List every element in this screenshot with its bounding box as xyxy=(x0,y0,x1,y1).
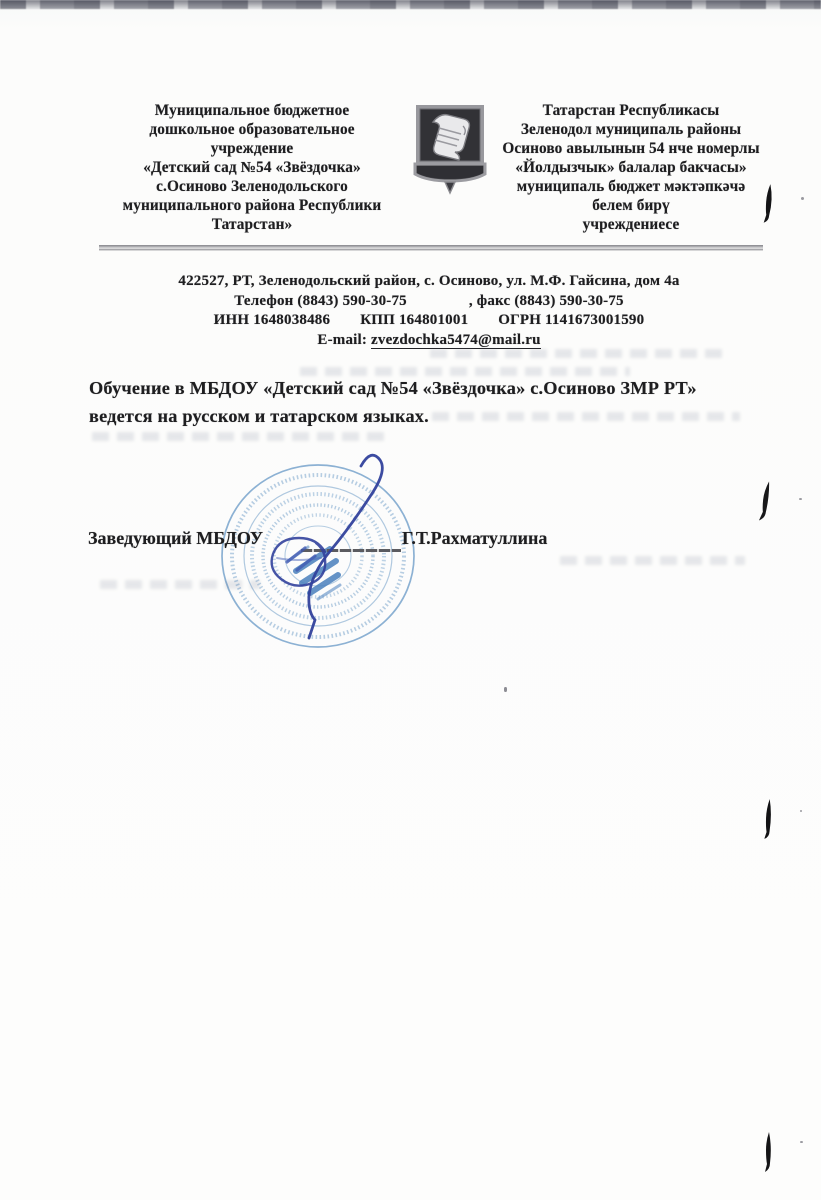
scanner-edge-artifact xyxy=(0,0,821,9)
org-name-tatar: Татарстан Республикасы Зеленодол муницип… xyxy=(484,101,778,234)
org-name-line: учреждение xyxy=(96,139,408,158)
scan-speck xyxy=(801,197,804,200)
org-name-line: «Йолдызчык» балалар бакчасы» xyxy=(484,158,778,177)
org-name-line: Татарстан Республикасы xyxy=(484,101,778,120)
letterhead-divider-rule xyxy=(99,245,763,251)
contact-block: 422527, РТ, Зеленодольский район, с. Оси… xyxy=(95,272,763,350)
handwritten-signature xyxy=(233,440,413,650)
address-line: 422527, РТ, Зеленодольский район, с. Оси… xyxy=(95,272,763,292)
phone-number: Телефон (8843) 590-30-75 xyxy=(234,293,407,309)
org-name-line: учреждениесе xyxy=(484,215,778,234)
org-name-line: муниципального района Республики xyxy=(96,196,408,215)
coat-of-arms-icon xyxy=(411,102,489,197)
bleedthrough-artifact xyxy=(300,367,630,376)
org-name-line: Зеленодол муниципаль районы xyxy=(484,120,778,139)
bleedthrough-artifact xyxy=(430,349,730,358)
registration-numbers-line: ИНН 1648038486КПП 164801001ОГРН 11416730… xyxy=(95,311,763,331)
ink-blot-artifact xyxy=(762,1132,774,1172)
scanned-page: Муниципальное бюджетное дошкольное образ… xyxy=(0,0,821,1200)
bleedthrough-artifact xyxy=(432,412,740,421)
org-name-line: белем бирү xyxy=(484,196,778,215)
org-name-line: муниципаль бюджет мәктәпкәчә xyxy=(484,177,778,196)
org-name-line: «Детский сад №54 «Звёздочка» xyxy=(96,158,408,177)
signer-name: Г.Т.Рахматуллина xyxy=(402,528,547,549)
scan-speck xyxy=(799,498,802,500)
phone-fax-line: Телефон (8843) 590-30-75, факс (8843) 59… xyxy=(95,292,763,312)
scan-speck xyxy=(800,810,802,812)
org-name-line: Осиново авылынын 54 нче номерлы xyxy=(484,139,778,158)
email-line: E-mail: zvezdochka5474@mail.ru xyxy=(95,331,763,351)
letter-body-paragraph: Обучение в МБДОУ «Детский сад №54 «Звёзд… xyxy=(89,374,741,430)
bleedthrough-artifact xyxy=(92,432,392,441)
bleedthrough-artifact xyxy=(560,556,745,565)
scan-speck xyxy=(800,1141,803,1143)
inn-number: ИНН 1648038486 xyxy=(214,312,331,328)
org-name-line: с.Осиново Зеленодольского xyxy=(96,177,408,196)
ink-blot-artifact xyxy=(757,480,773,521)
email-label: E-mail: xyxy=(317,332,367,348)
kpp-number: КПП 164801001 xyxy=(360,312,468,328)
org-name-line: дошкольное образовательное xyxy=(96,120,408,139)
fax-number: , факс (8843) 590-30-75 xyxy=(469,293,624,309)
org-name-line: Татарстан» xyxy=(96,215,408,234)
scan-speck xyxy=(504,687,507,692)
org-name-line: Муниципальное бюджетное xyxy=(96,101,408,120)
ink-blot-artifact xyxy=(761,799,774,839)
ogrn-number: ОГРН 1141673001590 xyxy=(498,312,644,328)
org-name-russian: Муниципальное бюджетное дошкольное образ… xyxy=(96,101,408,234)
bleedthrough-artifact xyxy=(100,580,260,589)
email-address: zvezdochka5474@mail.ru xyxy=(371,332,541,349)
